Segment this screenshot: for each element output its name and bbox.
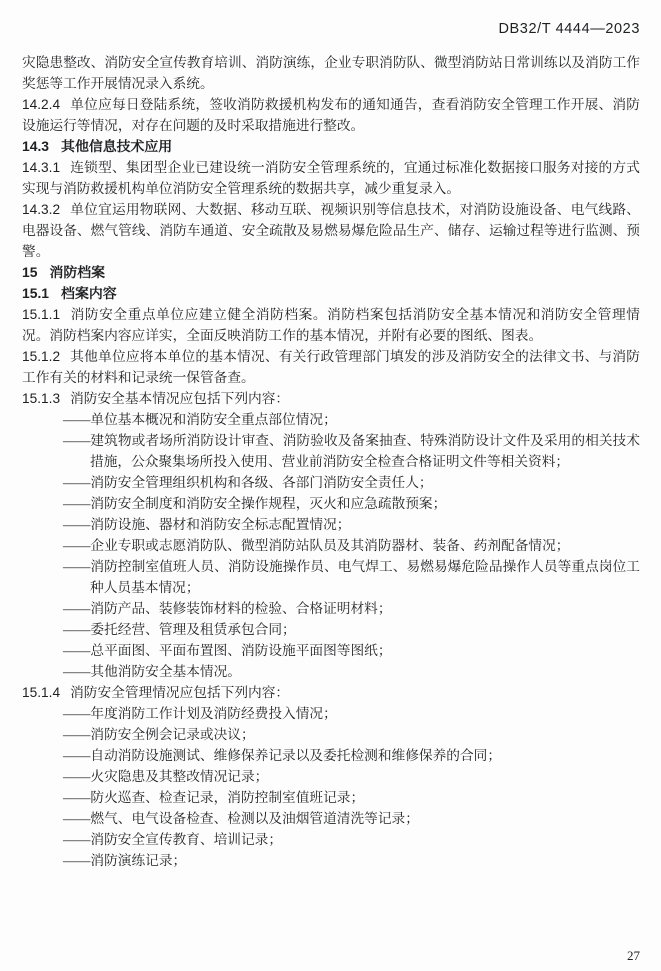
clause-text: 单位应每日登陆系统，签收消防救援机构发布的通知通告，查看消防安全管理工作开展、消… (22, 97, 640, 133)
clause-text: 单位宜运用物联网、大数据、移动互联、视频识别等信息技术，对消防设施设备、电气线路… (22, 202, 640, 259)
list-item: ——委托经营、管理及租赁承包合同； (63, 619, 640, 640)
list-item: ——企业专职或志愿消防队、微型消防站队员及其消防器材、装备、药剂配备情况； (63, 535, 640, 556)
list-item: ——单位基本概况和消防安全重点部位情况； (63, 409, 640, 430)
list-item: ——消防演练记录； (63, 850, 640, 871)
paragraph-continuation: 灾隐患整改、消防安全宣传教育培训、消防演练，企业专职消防队、微型消防站日常训练以… (22, 52, 640, 94)
list-item: ——消防安全例会记录或决议； (63, 724, 640, 745)
clause-15-1-3: 15.1.3消防安全基本情况应包括下列内容： (22, 388, 640, 409)
heading-title: 档案内容 (61, 285, 117, 301)
clause-text: 消防安全管理情况应包括下列内容： (70, 685, 289, 700)
clause-text: 连锁型、集团型企业已建设统一消防安全管理系统的，宜通过标准化数据接口服务对接的方… (22, 160, 640, 196)
heading-number: 15 (22, 264, 37, 280)
clause-15-1-4: 15.1.4消防安全管理情况应包括下列内容： (22, 682, 640, 703)
list-item: ——消防产品、装修装饰材料的检验、合格证明材料； (63, 598, 640, 619)
section-heading-15-1: 15.1档案内容 (22, 283, 640, 304)
clause-15-1-2: 15.1.2其他单位应将本单位的基本情况、有关行政管理部门填发的涉及消防安全的法… (22, 346, 640, 388)
document-page: DB32/T 4444—2023 灾隐患整改、消防安全宣传教育培训、消防演练，企… (0, 0, 661, 971)
clause-number: 15.1.3 (22, 391, 60, 406)
heading-title: 消防档案 (49, 264, 105, 280)
clause-15-1-1: 15.1.1消防安全重点单位应建立健全消防档案。消防档案包括消防安全基本情况和消… (22, 304, 640, 346)
page-number: 27 (627, 948, 640, 963)
chapter-heading-15: 15消防档案 (22, 262, 640, 283)
clause-14-2-4: 14.2.4单位应每日登陆系统，签收消防救援机构发布的通知通告，查看消防安全管理… (22, 94, 640, 136)
clause-text: 消防安全基本情况应包括下列内容： (70, 391, 289, 406)
list-item: ——防火巡查、检查记录，消防控制室值班记录； (63, 787, 640, 808)
clause-number: 14.3.1 (22, 160, 60, 175)
clause-14-3-2: 14.3.2单位宜运用物联网、大数据、移动互联、视频识别等信息技术，对消防设施设… (22, 199, 640, 262)
clause-number: 15.1.4 (22, 685, 60, 700)
clause-number: 14.3.2 (22, 202, 60, 217)
clause-14-3-1: 14.3.1连锁型、集团型企业已建设统一消防安全管理系统的，宜通过标准化数据接口… (22, 157, 640, 199)
clause-number: 15.1.1 (22, 307, 60, 322)
list-item: ——消防安全宣传教育、培训记录； (63, 829, 640, 850)
list-item: ——建筑物或者场所消防设计审查、消防验收及备案抽查、特殊消防设计文件及采用的相关… (63, 430, 640, 472)
clause-number: 15.1.2 (22, 349, 60, 364)
list-item: ——消防设施、器材和消防安全标志配置情况； (63, 514, 640, 535)
clause-text: 其他单位应将本单位的基本情况、有关行政管理部门填发的涉及消防安全的法律文书、与消… (22, 349, 640, 385)
clause-text: 消防安全重点单位应建立健全消防档案。消防档案包括消防安全基本情况和消防安全管理情… (22, 307, 640, 343)
section-heading-14-3: 14.3其他信息技术应用 (22, 136, 640, 157)
list-item: ——消防安全制度和消防安全操作规程，灭火和应急疏散预案； (63, 493, 640, 514)
page-footer: 27 (627, 948, 640, 964)
list-item: ——自动消防设施测试、维修保养记录以及委托检测和维修保养的合同； (63, 745, 640, 766)
list-item: ——其他消防安全基本情况。 (63, 661, 640, 682)
list-item: ——消防安全管理组织机构和各级、各部门消防安全责任人； (63, 472, 640, 493)
list-item: ——总平面图、平面布置图、消防设施平面图等图纸； (63, 640, 640, 661)
clause-number: 14.2.4 (22, 97, 60, 112)
heading-title: 其他信息技术应用 (61, 138, 172, 154)
list-item: ——消防控制室值班人员、消防设施操作员、电气焊工、易燃易爆危险品操作人员等重点岗… (63, 556, 640, 598)
heading-number: 14.3 (22, 138, 49, 154)
list-item: ——年度消防工作计划及消防经费投入情况； (63, 703, 640, 724)
heading-number: 15.1 (22, 285, 49, 301)
document-body: 灾隐患整改、消防安全宣传教育培训、消防演练，企业专职消防队、微型消防站日常训练以… (0, 0, 661, 871)
list-item: ——火灾隐患及其整改情况记录； (63, 766, 640, 787)
list-item: ——燃气、电气设备检查、检测以及油烟管道清洗等记录； (63, 808, 640, 829)
